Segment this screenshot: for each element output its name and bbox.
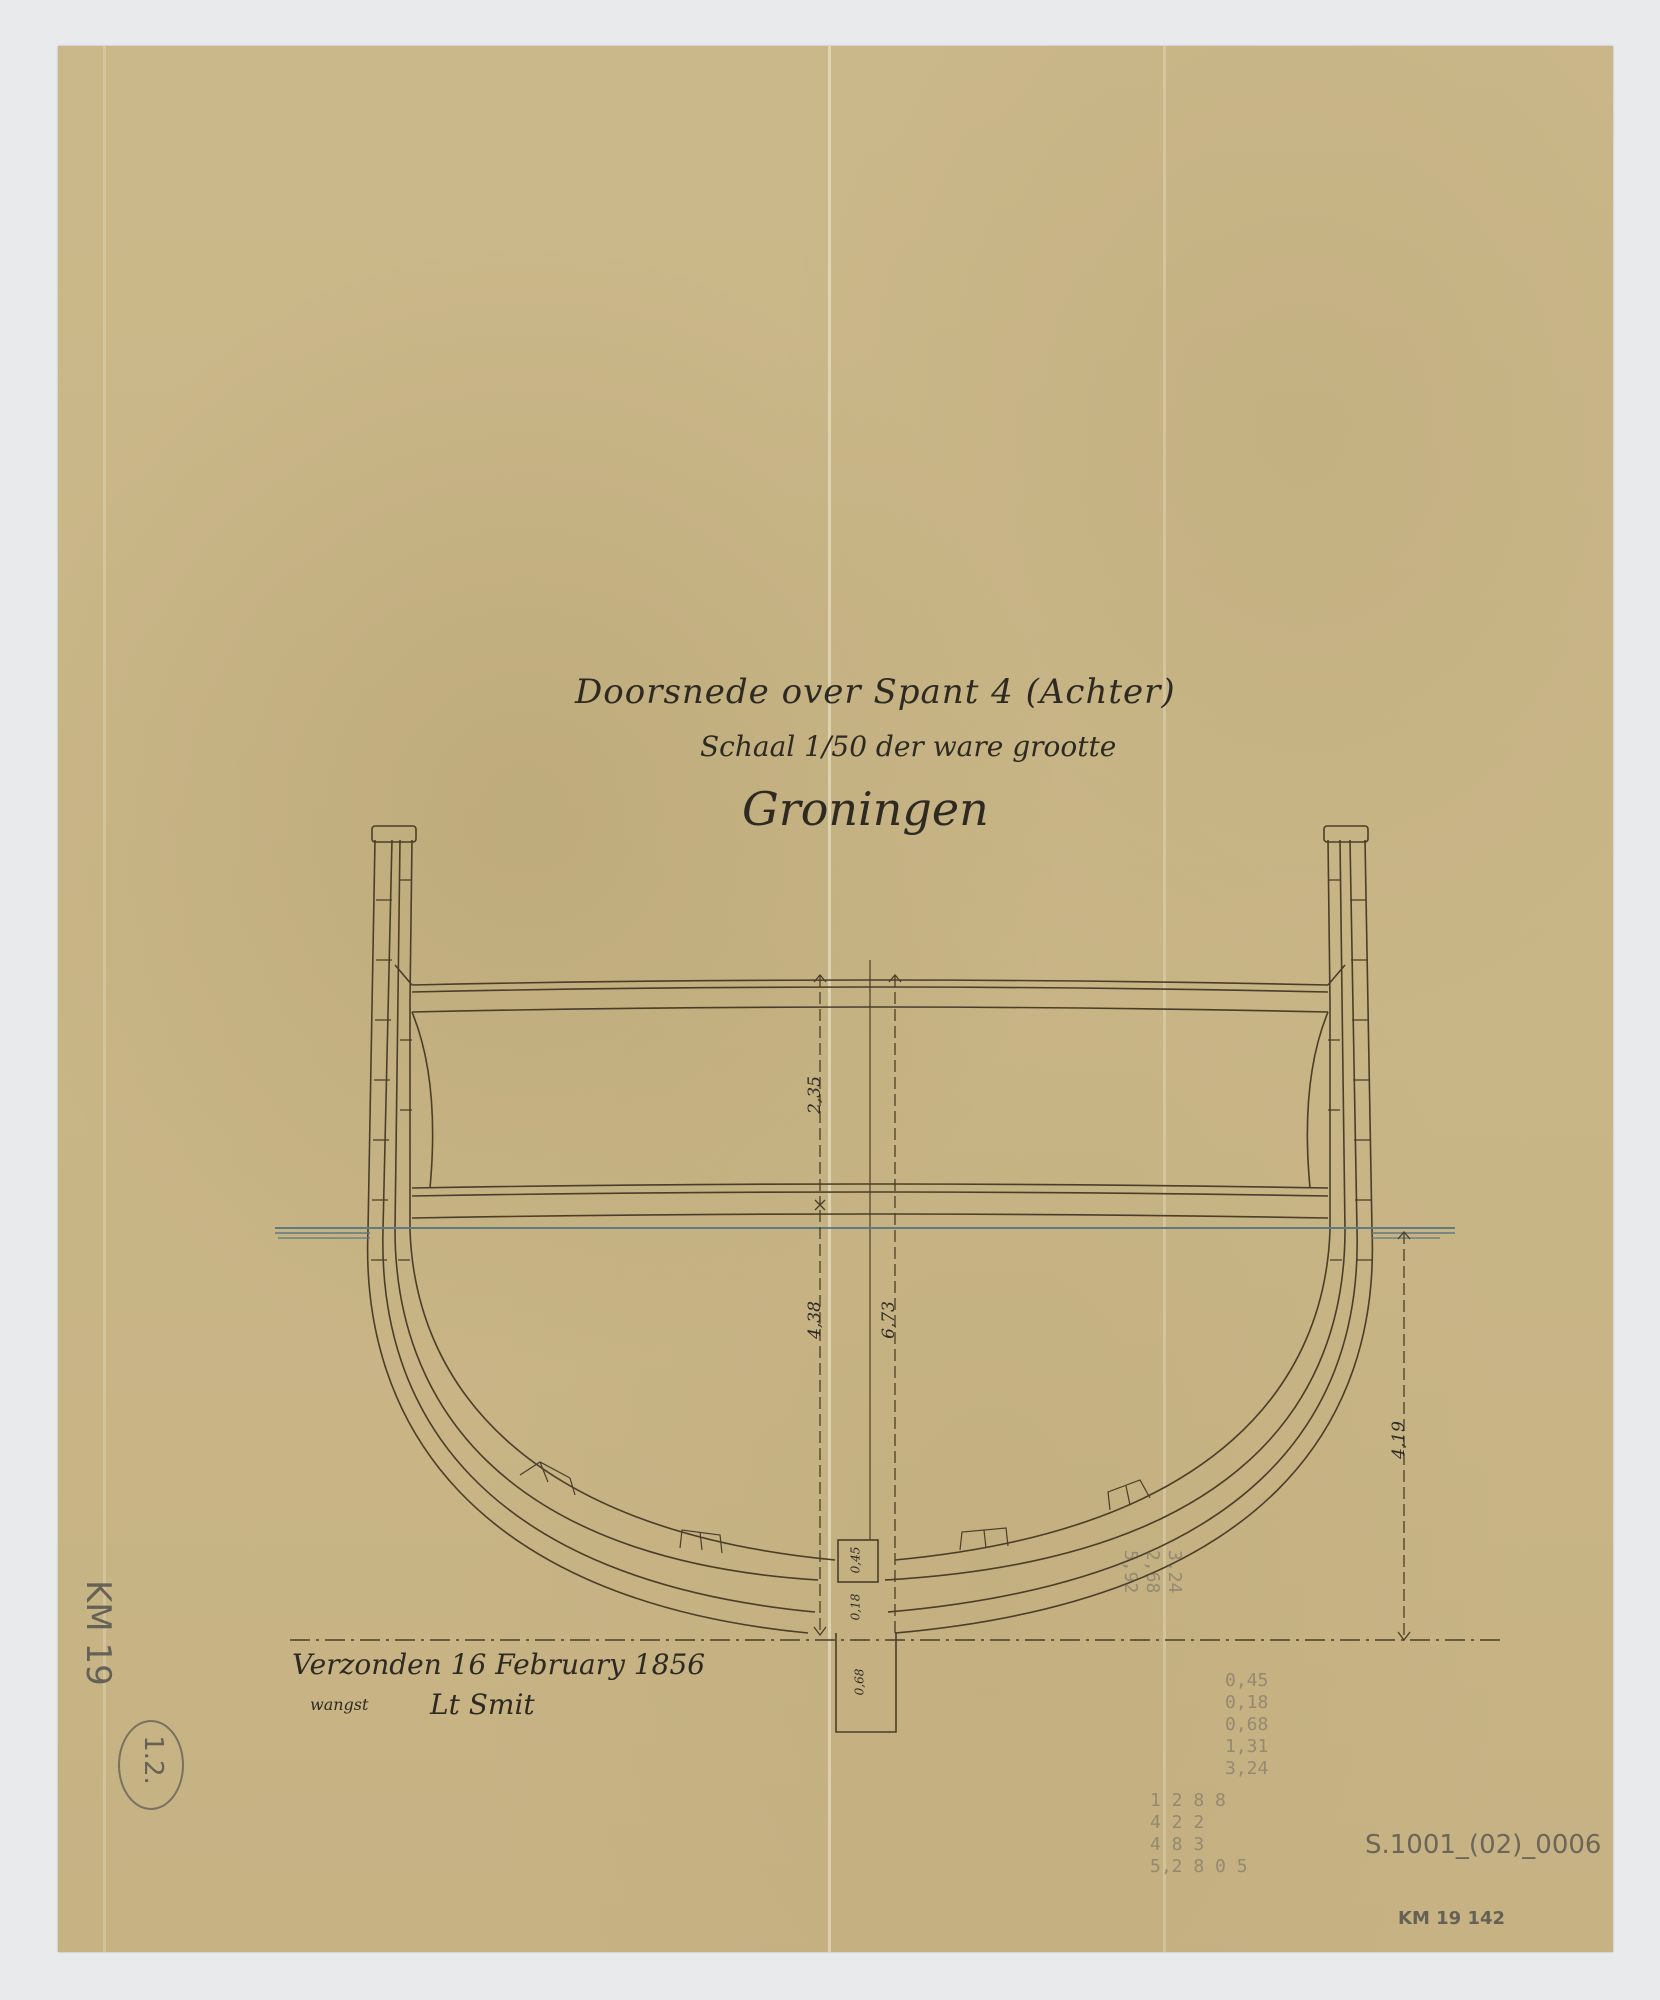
circled-mark: 1.2. xyxy=(138,1735,168,1785)
margin-mark: KM 19 xyxy=(78,1580,118,1686)
scale-note: Schaal 1/50 der ware grootte xyxy=(700,730,1116,763)
ship-name: Groningen xyxy=(742,782,989,836)
sent-subnote: wangst xyxy=(310,1695,368,1714)
inventory-code: KM 19 142 xyxy=(1398,1908,1505,1929)
sent-note: Verzonden 16 February 1856 xyxy=(292,1648,705,1681)
hull-section-drawing xyxy=(0,0,1660,2000)
right-frame-inner xyxy=(895,840,1330,1560)
dim-label-waterline: 4,19 xyxy=(1389,1421,1409,1459)
right-frame-outer xyxy=(885,840,1345,1580)
pencil-calc-b: 1 2 8 8 4 2 2 4 8 3 5,2 8 0 5 xyxy=(1150,1790,1248,1878)
left-frame-outer xyxy=(395,840,818,1580)
pencil-calc-a: 0,45 0,18 0,68 1,31 3,24 xyxy=(1225,1670,1268,1780)
left-frame-inner xyxy=(410,840,835,1560)
left-rail-cap xyxy=(372,826,416,842)
waterline xyxy=(275,1228,1455,1238)
dim-label-between-decks: 2,35 xyxy=(805,1076,825,1114)
signature: Lt Smit xyxy=(430,1688,535,1721)
left-hull-outer xyxy=(368,840,808,1633)
right-hull-outer-inner xyxy=(888,840,1357,1612)
dim-label-keelson: 0,45 xyxy=(848,1547,862,1574)
dim-label-keel: 0,68 xyxy=(852,1669,866,1696)
drawing-title: Doorsnede over Spant 4 (Achter) xyxy=(575,672,1176,712)
dim-label-total-depth: 6,73 xyxy=(879,1301,899,1339)
left-hull-outer-inner xyxy=(383,840,815,1612)
dim-label-floor: 0,18 xyxy=(848,1594,862,1621)
right-hull-outer xyxy=(895,840,1372,1633)
dim-label-lower-deck: 4,38 xyxy=(805,1301,825,1339)
right-rail-cap xyxy=(1324,826,1368,842)
inventory-number: S.1001_(02)_0006 xyxy=(1365,1830,1601,1860)
pencil-calc-c: 3,24 2,68 5,92 xyxy=(1119,1550,1185,1593)
